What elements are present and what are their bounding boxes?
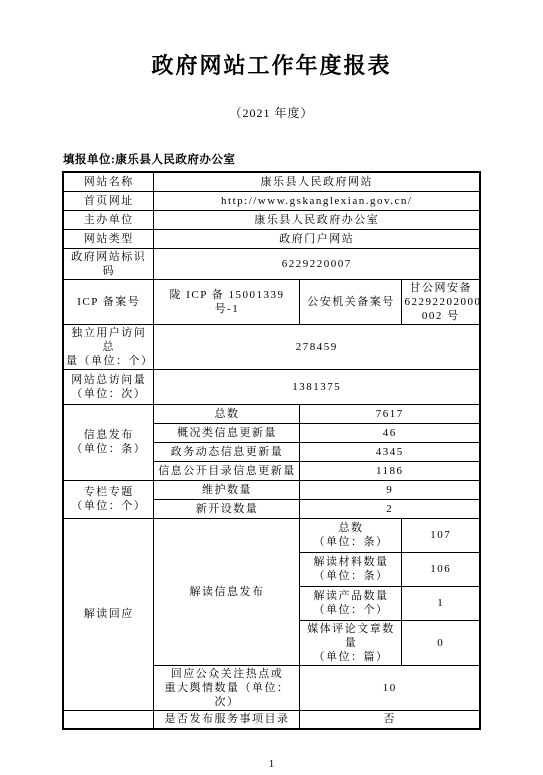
site-code-label: 政府网站标识码 [63,248,154,279]
site-name-label: 网站名称 [63,172,154,191]
icp-label: ICP 备案号 [63,279,154,324]
special-columns-group-label: 专栏专题 （单位：个） [63,480,154,518]
unique-visitors-label: 独立用户访问总 量（单位：个） [63,324,154,369]
info-total-label: 总数 [154,404,300,423]
interp-total-value: 107 [402,518,480,552]
table-row: 政府网站标识码 6229220007 [63,248,480,279]
interp-media-value: 0 [402,620,480,665]
page-title: 政府网站工作年度报表 [0,52,543,80]
total-visits-value: 1381375 [154,369,480,404]
home-url-value: http://www.gskanglexian.gov.cn/ [154,191,480,210]
page-number: 1 [0,758,543,770]
info-catalog-label: 信息公开目录信息更新量 [154,461,300,480]
organizer-label: 主办单位 [63,210,154,229]
reporting-unit: 填报单位:康乐县人民政府办公室 [63,151,480,167]
maintained-count-value: 9 [300,480,480,499]
police-record-label: 公安机关备案号 [300,279,402,324]
info-catalog-value: 1186 [300,461,480,480]
table-row: 信息发布 （单位：条） 总数 7617 [63,404,480,423]
table-row: 网站总访问量 （单位：次） 1381375 [63,369,480,404]
info-overview-value: 46 [300,423,480,442]
interp-products-label: 解读产品数量 （单位：个） [300,586,402,620]
police-record-value: 甘公网安备 62292202000 002 号 [402,279,480,324]
maintained-count-label: 维护数量 [154,480,300,499]
table-row: 解读回应 解读信息发布 总数 （单位：条） 107 [63,518,480,552]
table-row: 是否发布服务事项目录 否 [63,710,480,729]
empty-cell [63,710,154,729]
table-row: 独立用户访问总 量（单位：个） 278459 [63,324,480,369]
table-row: 首页网址 http://www.gskanglexian.gov.cn/ [63,191,480,210]
document-page: 政府网站工作年度报表 （2021 年度） 填报单位:康乐县人民政府办公室 网站名… [0,0,543,775]
info-publish-group-label: 信息发布 （单位：条） [63,404,154,480]
info-dynamic-label: 政务动态信息更新量 [154,442,300,461]
annual-report-table: 网站名称 康乐县人民政府网站 首页网址 http://www.gskanglex… [62,171,481,730]
interpretation-publish-label: 解读信息发布 [154,518,300,665]
page-subtitle: （2021 年度） [0,104,543,121]
public-response-value: 10 [300,665,480,710]
organizer-value: 康乐县人民政府办公室 [154,210,480,229]
service-catalog-label: 是否发布服务事项目录 [154,710,300,729]
interp-products-value: 1 [402,586,480,620]
icp-value: 陇 ICP 备 15001339 号-1 [154,279,300,324]
table-row: ICP 备案号 陇 ICP 备 15001339 号-1 公安机关备案号 甘公网… [63,279,480,324]
interp-materials-label: 解读材料数量 （单位：条） [300,552,402,586]
info-overview-label: 概况类信息更新量 [154,423,300,442]
table-row: 专栏专题 （单位：个） 维护数量 9 [63,480,480,499]
table-row: 网站名称 康乐县人民政府网站 [63,172,480,191]
new-opened-count-label: 新开设数量 [154,499,300,518]
unique-visitors-value: 278459 [154,324,480,369]
site-code-value: 6229220007 [154,248,480,279]
site-name-value: 康乐县人民政府网站 [154,172,480,191]
info-dynamic-value: 4345 [300,442,480,461]
table-row: 网站类型 政府门户网站 [63,229,480,248]
interpretation-group-label: 解读回应 [63,518,154,710]
service-catalog-value: 否 [300,710,480,729]
interp-total-label: 总数 （单位：条） [300,518,402,552]
home-url-label: 首页网址 [63,191,154,210]
info-total-value: 7617 [300,404,480,423]
interp-materials-value: 106 [402,552,480,586]
table-row: 主办单位 康乐县人民政府办公室 [63,210,480,229]
public-response-label: 回应公众关注热点或 重大舆情数量（单位： 次） [154,665,300,710]
new-opened-count-value: 2 [300,499,480,518]
site-type-value: 政府门户网站 [154,229,480,248]
total-visits-label: 网站总访问量 （单位：次） [63,369,154,404]
interp-media-label: 媒体评论文章数量 （单位：篇） [300,620,402,665]
site-type-label: 网站类型 [63,229,154,248]
